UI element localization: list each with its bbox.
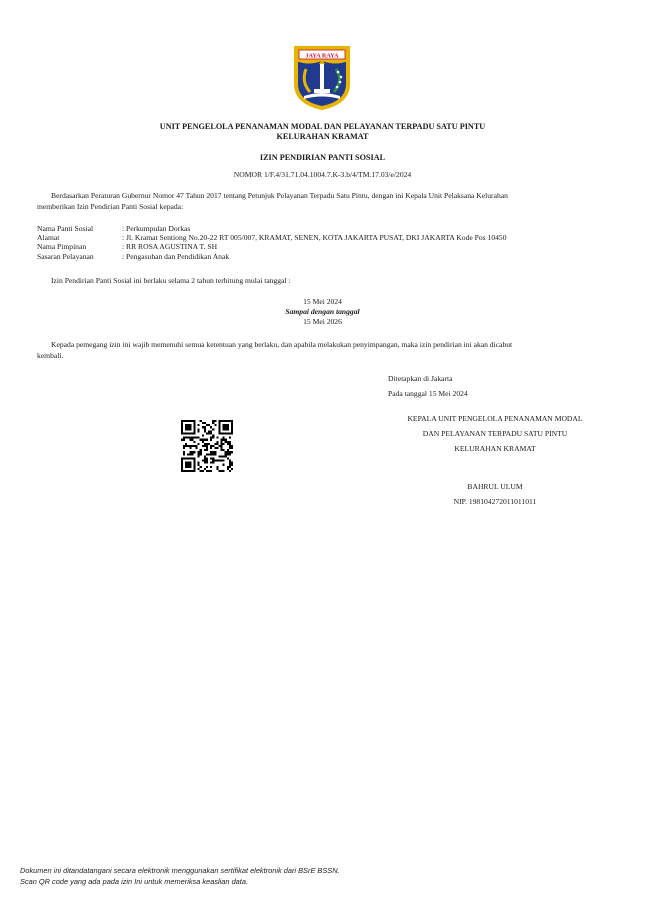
detail-value: : RR ROSA AGUSTINA T. SH bbox=[122, 242, 217, 251]
issuer-header: UNIT PENGELOLA PENANAMAN MODAL DAN PELAY… bbox=[0, 122, 645, 142]
details-table: Nama Panti Sosial : Perkumpulan Dorkas A… bbox=[37, 224, 507, 261]
document-number: NOMOR 1/F.4/31.71.04.1004.7.K-3.b/4/TM.1… bbox=[0, 170, 645, 180]
signatory-name: BAHRUL ULUM bbox=[370, 479, 620, 494]
position-line-1: KEPALA UNIT PENGELOLA PENANAMAN MODAL bbox=[370, 411, 620, 426]
issuer-line-2: KELURAHAN KRAMAT bbox=[0, 132, 645, 142]
e-signature-footer: Dokumen ini ditandatangani secara elektr… bbox=[20, 866, 340, 887]
detail-value: : Jl. Kramat Sentiong No.20-22 RT 005/00… bbox=[122, 233, 507, 242]
detail-row: Nama Panti Sosial : Perkumpulan Dorkas bbox=[37, 224, 507, 233]
start-date: 15 Mei 2024 bbox=[0, 297, 645, 307]
qr-code-icon bbox=[181, 420, 233, 472]
validity-statement: Izin Pendirian Panti Sosial ini berlaku … bbox=[37, 276, 617, 287]
position-line-2: DAN PELAYANAN TERPADU SATU PINTU bbox=[370, 426, 620, 441]
validity-dates: 15 Mei 2024 Sampai dengan tanggal 15 Mei… bbox=[0, 297, 645, 327]
obligation-line-2: kembali. bbox=[37, 351, 617, 362]
signatory-nip: NIP. 198104272011011011 bbox=[370, 494, 620, 509]
intro-line-2: memberikan Izin Pendirian Panti Sosial k… bbox=[37, 202, 617, 213]
signature-place-date: Ditetapkan di Jakarta Pada tanggal 15 Me… bbox=[388, 373, 468, 399]
obligation-line-1: Kepada pemegang izin ini wajib memenuhi … bbox=[51, 340, 512, 349]
until-label: Sampai dengan tanggal bbox=[0, 307, 645, 317]
detail-label: Nama Pimpinan bbox=[37, 242, 122, 251]
detail-label: Nama Panti Sosial bbox=[37, 224, 122, 233]
footer-line-2: Scan QR code yang ada pada izin Ini untu… bbox=[20, 877, 340, 888]
signatory-identity: BAHRUL ULUM NIP. 198104272011011011 bbox=[370, 479, 620, 509]
detail-row: Alamat : Jl. Kramat Sentiong No.20-22 RT… bbox=[37, 233, 507, 242]
intro-line-1: Berdasarkan Peraturan Gubernur Nomor 47 … bbox=[51, 191, 508, 200]
detail-value: : Pengasuhan dan Pendidikan Anak bbox=[122, 252, 229, 261]
signature-place: Ditetapkan di Jakarta bbox=[388, 373, 468, 384]
detail-label: Alamat bbox=[37, 233, 122, 242]
footer-line-1: Dokumen ini ditandatangani secara elektr… bbox=[20, 866, 340, 877]
detail-value: : Perkumpulan Dorkas bbox=[122, 224, 190, 233]
validity-text: Izin Pendirian Panti Sosial ini berlaku … bbox=[51, 276, 291, 285]
svg-text:JAYA RAYA: JAYA RAYA bbox=[305, 52, 339, 59]
signature-date: Pada tanggal 15 Mei 2024 bbox=[388, 388, 468, 399]
intro-paragraph: Berdasarkan Peraturan Gubernur Nomor 47 … bbox=[37, 191, 617, 212]
position-line-3: KELURAHAN KRAMAT bbox=[370, 441, 620, 456]
detail-row: Sasaran Pelayanan : Pengasuhan dan Pendi… bbox=[37, 252, 507, 261]
obligation-paragraph: Kepada pemegang izin ini wajib memenuhi … bbox=[37, 340, 617, 361]
issuer-line-1: UNIT PENGELOLA PENANAMAN MODAL DAN PELAY… bbox=[0, 122, 645, 132]
detail-row: Nama Pimpinan : RR ROSA AGUSTINA T. SH bbox=[37, 242, 507, 251]
detail-label: Sasaran Pelayanan bbox=[37, 252, 122, 261]
jakarta-coat-of-arms-icon: JAYA RAYA bbox=[290, 44, 354, 112]
end-date: 15 Mei 2026 bbox=[0, 317, 645, 327]
document-title: IZIN PENDIRIAN PANTI SOSIAL bbox=[0, 153, 645, 162]
signatory-position: KEPALA UNIT PENGELOLA PENANAMAN MODAL DA… bbox=[370, 411, 620, 456]
